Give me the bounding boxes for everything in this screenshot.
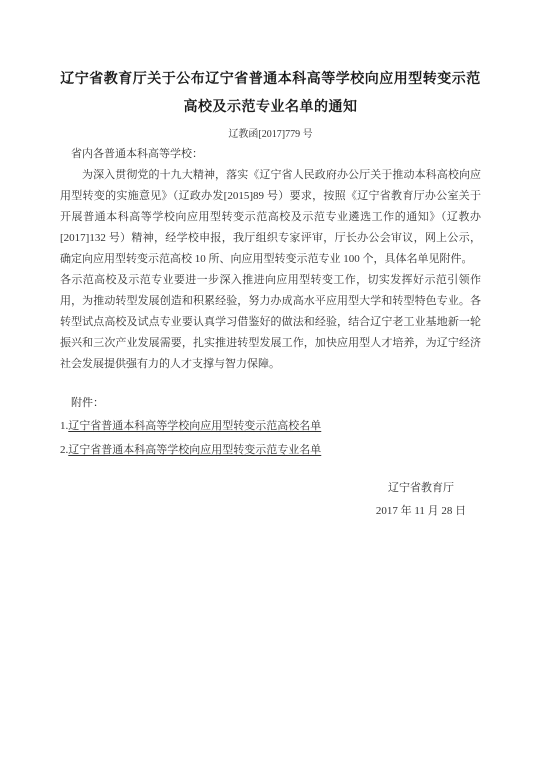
document-number: 辽教函[2017]779 号 [60,126,481,144]
attachment-number-2: 2. [60,444,68,456]
document-title-line-1: 辽宁省教育厅关于公布辽宁省普通本科高等学校向应用型转变示范 [60,66,481,94]
attachments-label: 附件： [60,393,481,414]
attachments-section: 附件： 1.辽宁省普通本科高等学校向应用型转变示范高校名单 2.辽宁省普通本科高… [60,393,481,462]
attachment-link-1[interactable]: 辽宁省普通本科高等学校向应用型转变示范高校名单 [68,420,321,432]
document-title: 辽宁省教育厅关于公布辽宁省普通本科高等学校向应用型转变示范 高校及示范专业名单的… [60,66,481,122]
body-paragraph-2: 各示范高校及示范专业要进一步深入推进向应用型转变工作，切实发挥好示范引领作用，为… [60,270,481,375]
signature-issuer: 辽宁省教育厅 [338,478,504,499]
attachment-link-2[interactable]: 辽宁省普通本科高等学校向应用型转变示范专业名单 [68,444,321,456]
document-page: 辽宁省教育厅关于公布辽宁省普通本科高等学校向应用型转变示范 高校及示范专业名单的… [0,0,543,768]
attachment-number-1: 1. [60,420,68,432]
signature-block: 辽宁省教育厅 2017 年 11 月 28 日 [338,478,504,524]
signature-date: 2017 年 11 月 28 日 [338,499,504,524]
attachment-item-2: 2.辽宁省普通本科高等学校向应用型转变示范专业名单 [60,438,481,462]
salutation: 省内各普通本科高等学校： [60,144,481,165]
attachment-item-1: 1.辽宁省普通本科高等学校向应用型转变示范高校名单 [60,414,481,438]
body-paragraph-1: 为深入贯彻党的十九大精神，落实《辽宁省人民政府办公厅关于推动本科高校向应用型转变… [60,165,481,270]
document-title-line-2: 高校及示范专业名单的通知 [60,94,481,122]
